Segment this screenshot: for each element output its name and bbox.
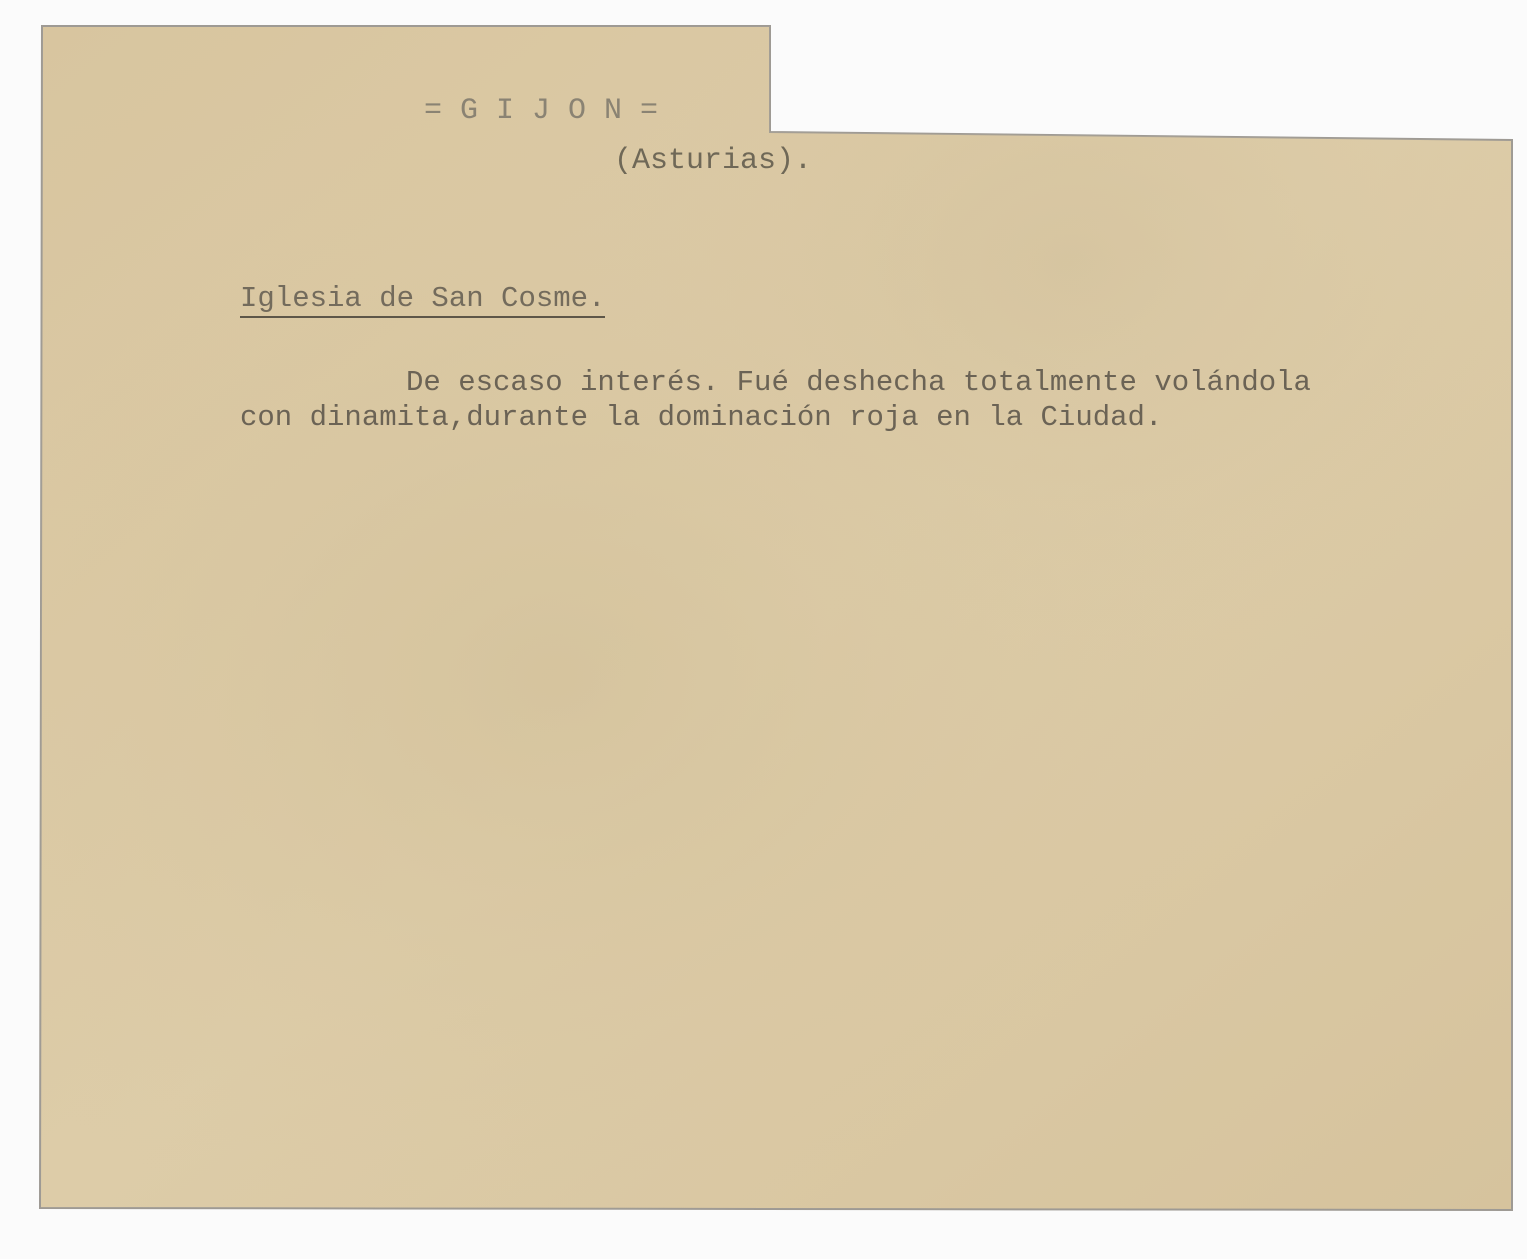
card-paper-shape xyxy=(0,0,1527,1259)
region-heading: (Asturias). xyxy=(614,144,812,178)
entry-body-line-1: De escaso interés. Fué deshecha totalmen… xyxy=(406,366,1311,400)
entry-body-line-2: con dinamita,durante la dominación roja … xyxy=(240,401,1162,435)
entry-title: Iglesia de San Cosme. xyxy=(240,282,605,318)
city-heading: = G I J O N = xyxy=(424,94,658,128)
index-card: = G I J O N = (Asturias). Iglesia de San… xyxy=(0,0,1527,1259)
